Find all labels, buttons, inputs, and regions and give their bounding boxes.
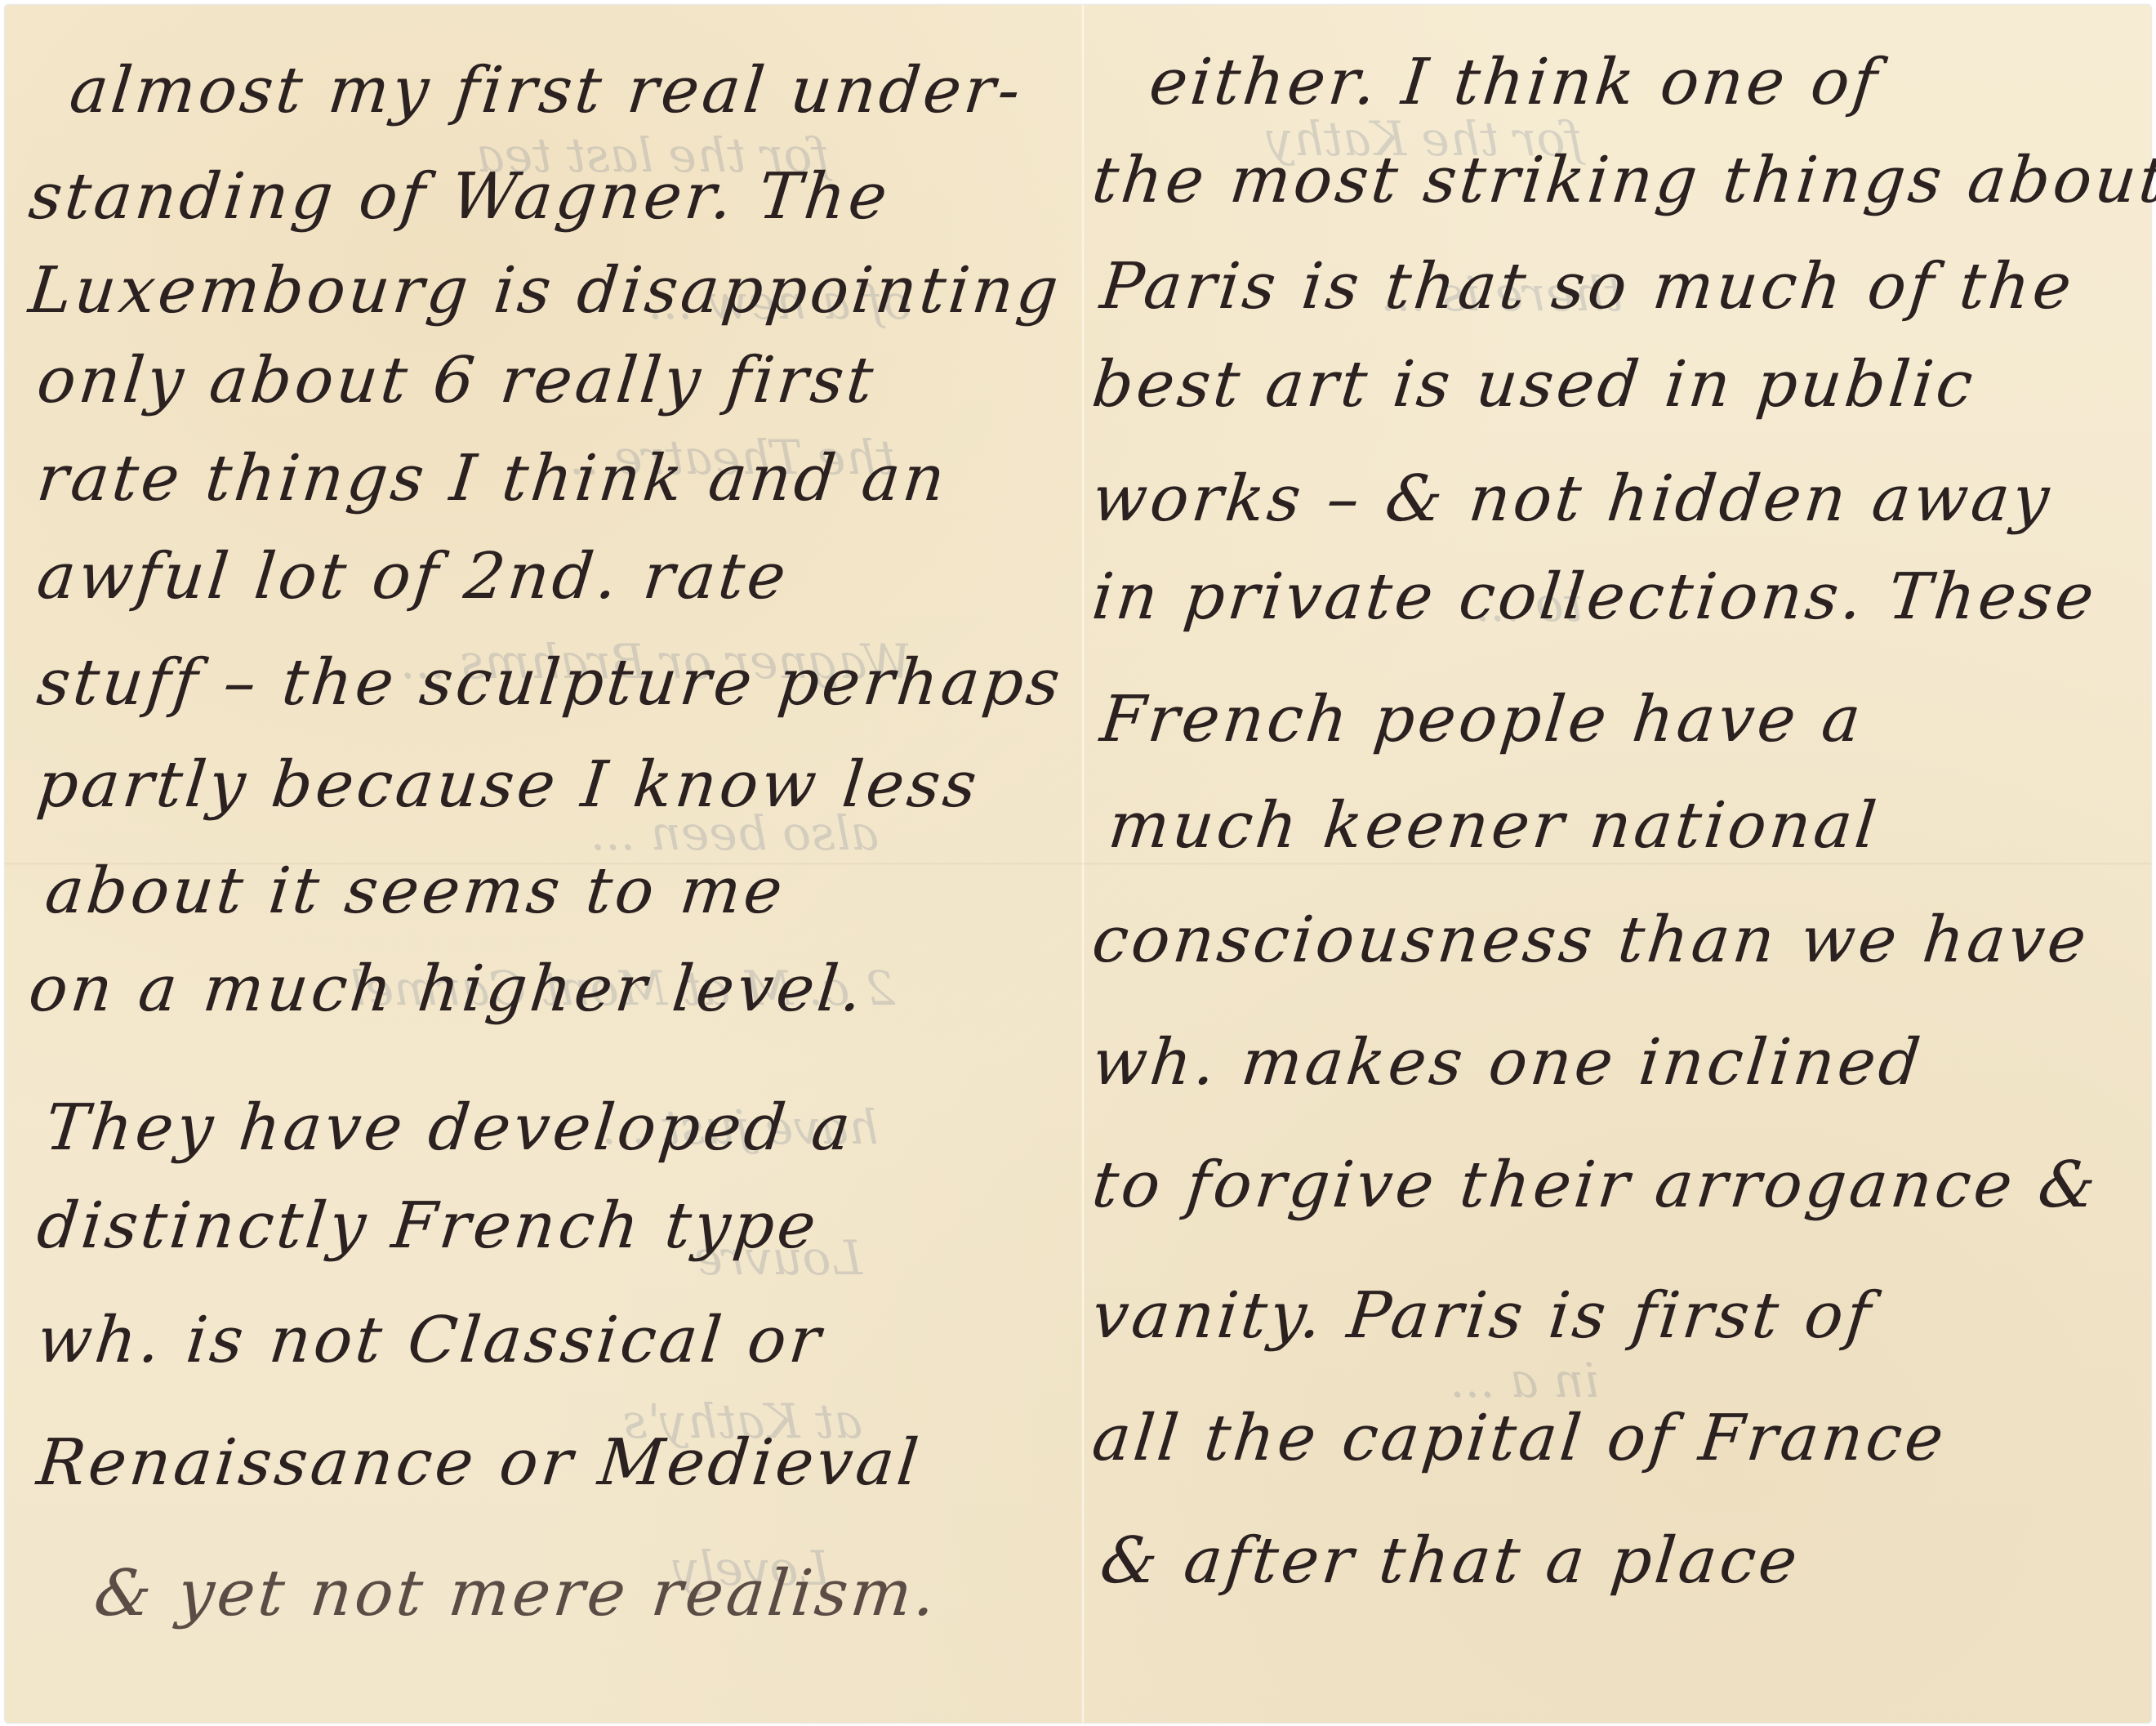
letter-line: Renaissance or Medieval — [33, 1426, 924, 1500]
letter-line: & yet not mere realism. — [91, 1557, 942, 1630]
letter-line: They have developed a — [42, 1091, 857, 1165]
letter-line: vanity. Paris is first of — [1089, 1279, 1877, 1353]
letter-line: almost my first real under- — [66, 54, 1027, 127]
letter-line: works – & not hidden away — [1089, 462, 2056, 536]
letter-line: much keener national — [1105, 789, 1882, 863]
letter-line: about it seems to me — [42, 854, 789, 928]
letter-line: wh. is not Classical or — [33, 1304, 826, 1377]
bleed-line: in a ... — [1450, 1353, 1599, 1408]
letter-line: stuff – the sculpture perhaps — [33, 646, 1067, 720]
letter-line: awful lot of 2nd. rate — [33, 540, 792, 613]
letter-line: Paris is that so much of the — [1097, 250, 2078, 323]
letter-line: only about 6 really first — [33, 344, 880, 417]
right-page: for the Kathy there is ... to ... in a .… — [1085, 5, 2154, 1723]
letter-line: Luxembourg is disappointing — [25, 254, 1064, 328]
letter-line: to forgive their arrogance & — [1089, 1148, 2102, 1222]
letter-line: French people have a — [1097, 683, 1867, 756]
letter-line: the most striking things about — [1089, 144, 2156, 217]
letter-line: on a much higher level. — [25, 952, 868, 1026]
letter-line: either. I think one of — [1146, 46, 1883, 119]
letter-line: standing of Wagner. The — [25, 160, 893, 234]
letter-line: consciousness than we have — [1089, 903, 2092, 977]
letter-line: in private collections. These — [1089, 560, 2100, 634]
letter-line: distinctly French type — [33, 1189, 822, 1263]
letter-line: best art is used in public — [1089, 348, 1979, 421]
letter-line: partly because I know less — [33, 748, 983, 822]
letter-line: wh. makes one inclined — [1089, 1026, 1927, 1099]
letter-line: rate things I think and an — [33, 442, 951, 515]
letter-line: & after that a place — [1097, 1524, 1803, 1598]
letter-line: all the capital of France — [1089, 1402, 1949, 1475]
letter-sheet: for the last tea of a new ... the Theatr… — [5, 5, 2151, 1723]
